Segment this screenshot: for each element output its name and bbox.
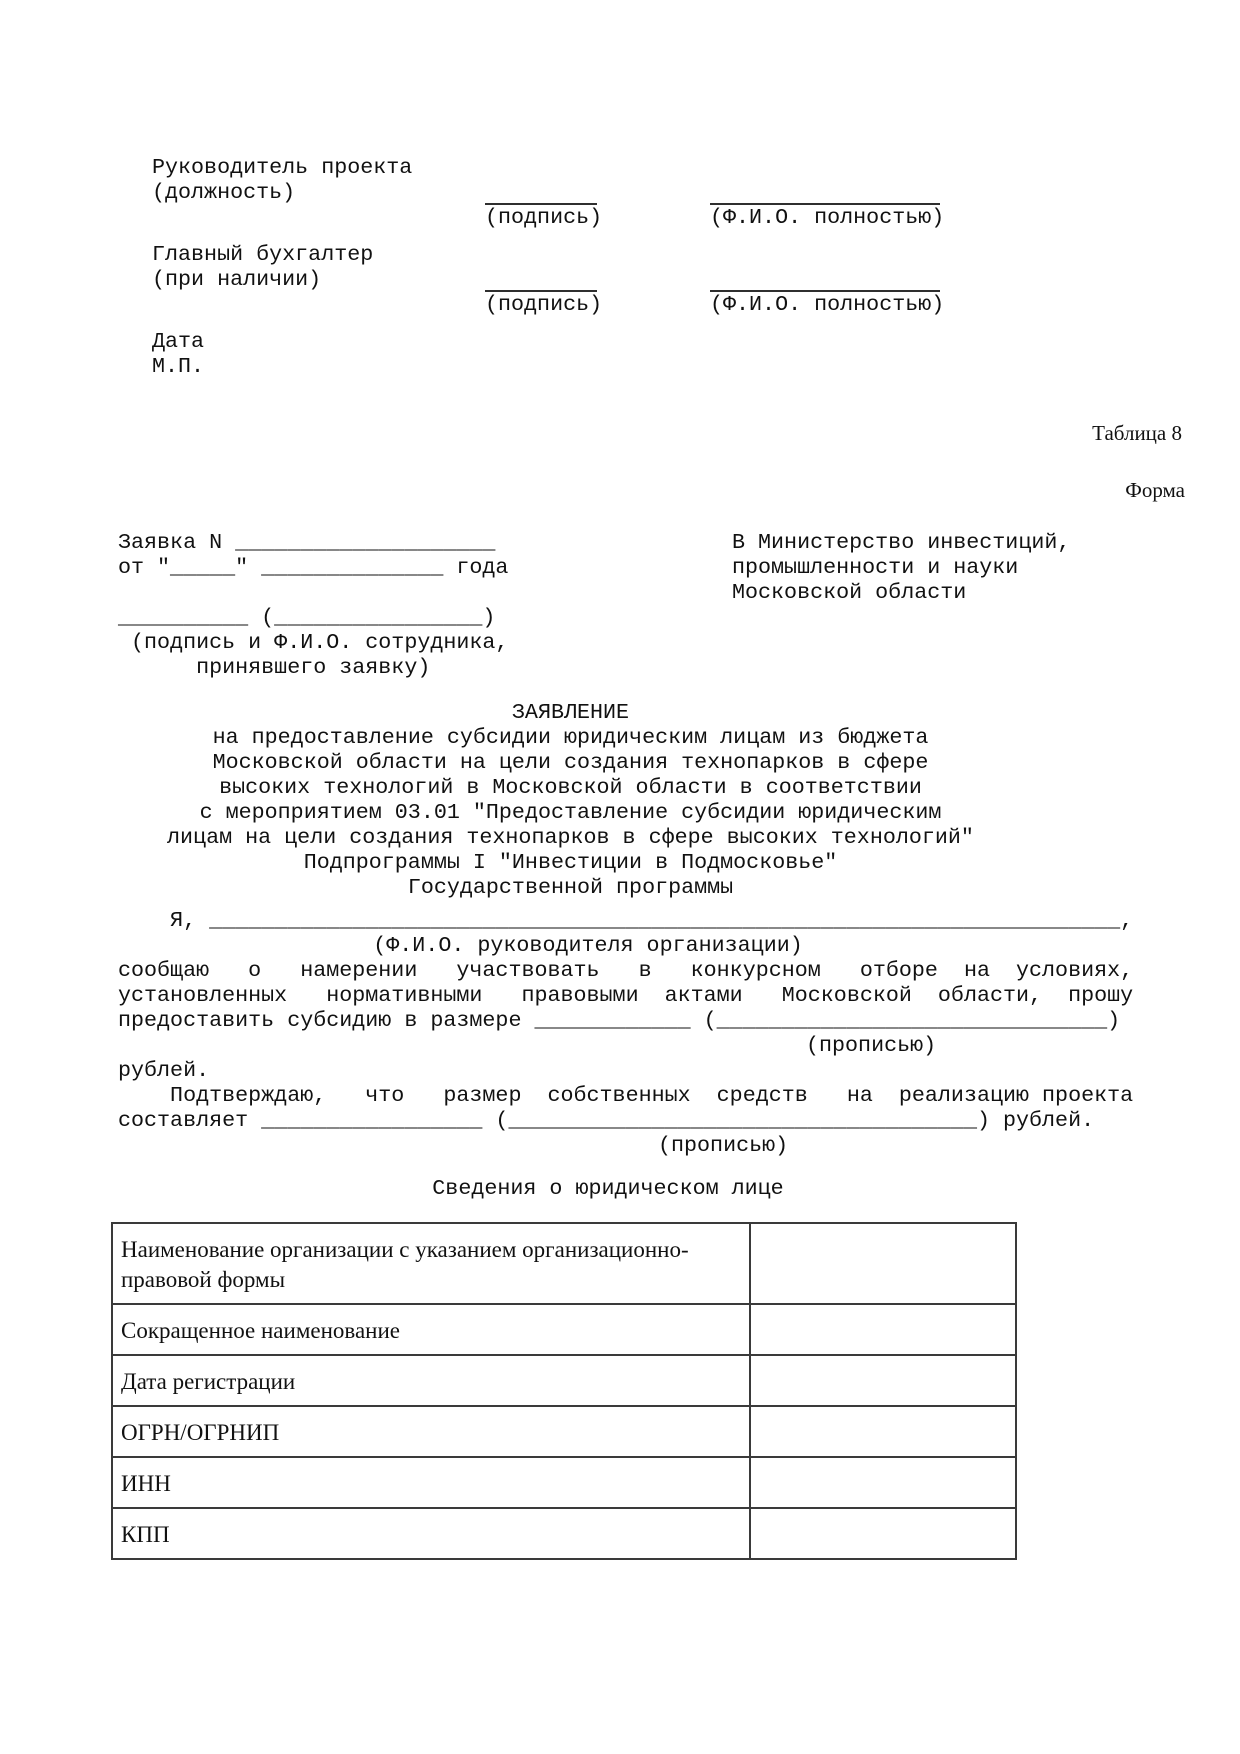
recipient-line: промышленности и науки (732, 555, 1070, 580)
body-line: установленных нормативными правовыми акт… (118, 983, 1133, 1008)
signature-line-column: (подпись) (485, 155, 597, 230)
propisyu-caption: (прописью) (118, 1033, 1133, 1058)
receipt-signature-line: __________ (________________) (118, 605, 508, 630)
body-line: сообщаю о намерении участвовать в конкур… (118, 958, 1133, 983)
table-row: ИНН (112, 1457, 1016, 1508)
role-title: Руководитель проекта (152, 155, 485, 180)
statement-title-line: Подпрограммы I "Инвестиции в Подмосковье… (118, 850, 1023, 875)
table-row-value (750, 1457, 1016, 1508)
form-label: Форма (1125, 478, 1185, 503)
declarant-fio-caption: (Ф.И.О. руководителя организации) (118, 933, 1058, 958)
table-row: ОГРН/ОГРНИП (112, 1406, 1016, 1457)
statement-title-line: высоких технологий в Московской области … (118, 775, 1023, 800)
fio-caption: (Ф.И.О. полностью) (710, 292, 940, 317)
table-row-label: Наименование организации с указанием орг… (112, 1223, 750, 1304)
document-page: Руководитель проекта(должность) (подпись… (0, 0, 1240, 1754)
table-row-value (750, 1223, 1016, 1304)
recipient-line: Московской области (732, 580, 1070, 605)
signature-block: Руководитель проекта(должность) (подпись… (118, 155, 1135, 379)
signature-caption: (подпись) (485, 205, 597, 230)
body-line: составляет _________________ (__________… (118, 1108, 1133, 1133)
table-row-label: Дата регистрации (112, 1355, 750, 1406)
statement-title-line: на предоставление субсидии юридическим л… (118, 725, 1023, 750)
body-line: Подтверждаю, что размер собственных сред… (118, 1083, 1133, 1108)
statement-title-line: с мероприятием 03.01 "Предоставление суб… (118, 800, 1023, 825)
receipt-block: __________ (________________) (подпись и… (118, 605, 508, 680)
table-row-label: ОГРН/ОГРНИП (112, 1406, 750, 1457)
table-row-label: Сокращенное наименование (112, 1304, 750, 1355)
propisyu-caption: (прописью) (118, 1133, 1133, 1158)
role-title: Главный бухгалтер (152, 242, 485, 267)
table-row-label: КПП (112, 1508, 750, 1559)
receipt-caption-line: (подпись и Ф.И.О. сотрудника, (118, 630, 508, 655)
table-row-value (750, 1304, 1016, 1355)
statement-title: ЗАЯВЛЕНИЕ на предоставление субсидии юри… (118, 700, 1023, 900)
fio-line-column: (Ф.И.О. полностью) (710, 155, 940, 230)
table-row: Наименование организации с указанием орг… (112, 1223, 1016, 1304)
fio-line (710, 155, 940, 205)
application-header: Заявка N ____________________ от "_____"… (118, 530, 508, 580)
role-subtitle: (при наличии) (152, 267, 485, 292)
signature-line-column: (подпись) (485, 242, 597, 317)
date-label: Дата (118, 329, 1135, 354)
body-line: предоставить субсидию в размере ________… (118, 1008, 1133, 1033)
table-row: Дата регистрации (112, 1355, 1016, 1406)
table-row-value (750, 1406, 1016, 1457)
body-line: рублей. (118, 1058, 1133, 1083)
statement-title-line: лицам на цели создания технопарков в сфе… (118, 825, 1023, 850)
signature-line (485, 155, 597, 205)
table-row: Сокращенное наименование (112, 1304, 1016, 1355)
statement-title-line: Государственной программы (118, 875, 1023, 900)
declarant-name-line: Я, _____________________________________… (118, 908, 1133, 933)
fio-line (710, 242, 940, 292)
table-reference: Таблица 8 (1092, 421, 1182, 446)
statement-title-line: Московской области на цели создания техн… (118, 750, 1023, 775)
role-subtitle: (должность) (152, 180, 485, 205)
fio-caption: (Ф.И.О. полностью) (710, 205, 940, 230)
application-date-line: от "_____" ______________ года (118, 555, 508, 580)
recipient-block: В Министерство инвестиций, промышленност… (732, 530, 1070, 605)
signature-caption: (подпись) (485, 292, 597, 317)
legal-info-table: Наименование организации с указанием орг… (111, 1222, 1017, 1560)
stamp-label: М.П. (118, 354, 1135, 379)
statement-body: сообщаю о намерении участвовать в конкур… (118, 958, 1133, 1158)
table-row-value (750, 1508, 1016, 1559)
recipient-line: В Министерство инвестиций, (732, 530, 1070, 555)
legal-info-heading: Сведения о юридическом лице (118, 1176, 1098, 1201)
signature-row-chief-accountant: Главный бухгалтер(при наличии) (подпись)… (118, 242, 1135, 317)
table-row-value (750, 1355, 1016, 1406)
signature-role-label: Главный бухгалтер(при наличии) (118, 242, 485, 317)
signature-row-project-head: Руководитель проекта(должность) (подпись… (118, 155, 1135, 230)
application-number-line: Заявка N ____________________ (118, 530, 508, 555)
signature-line (485, 242, 597, 292)
receipt-caption-line: принявшего заявку) (118, 655, 508, 680)
signature-role-label: Руководитель проекта(должность) (118, 155, 485, 230)
fio-line-column: (Ф.И.О. полностью) (710, 242, 940, 317)
table-row: КПП (112, 1508, 1016, 1559)
statement-heading: ЗАЯВЛЕНИЕ (118, 700, 1023, 725)
table-row-label: ИНН (112, 1457, 750, 1508)
